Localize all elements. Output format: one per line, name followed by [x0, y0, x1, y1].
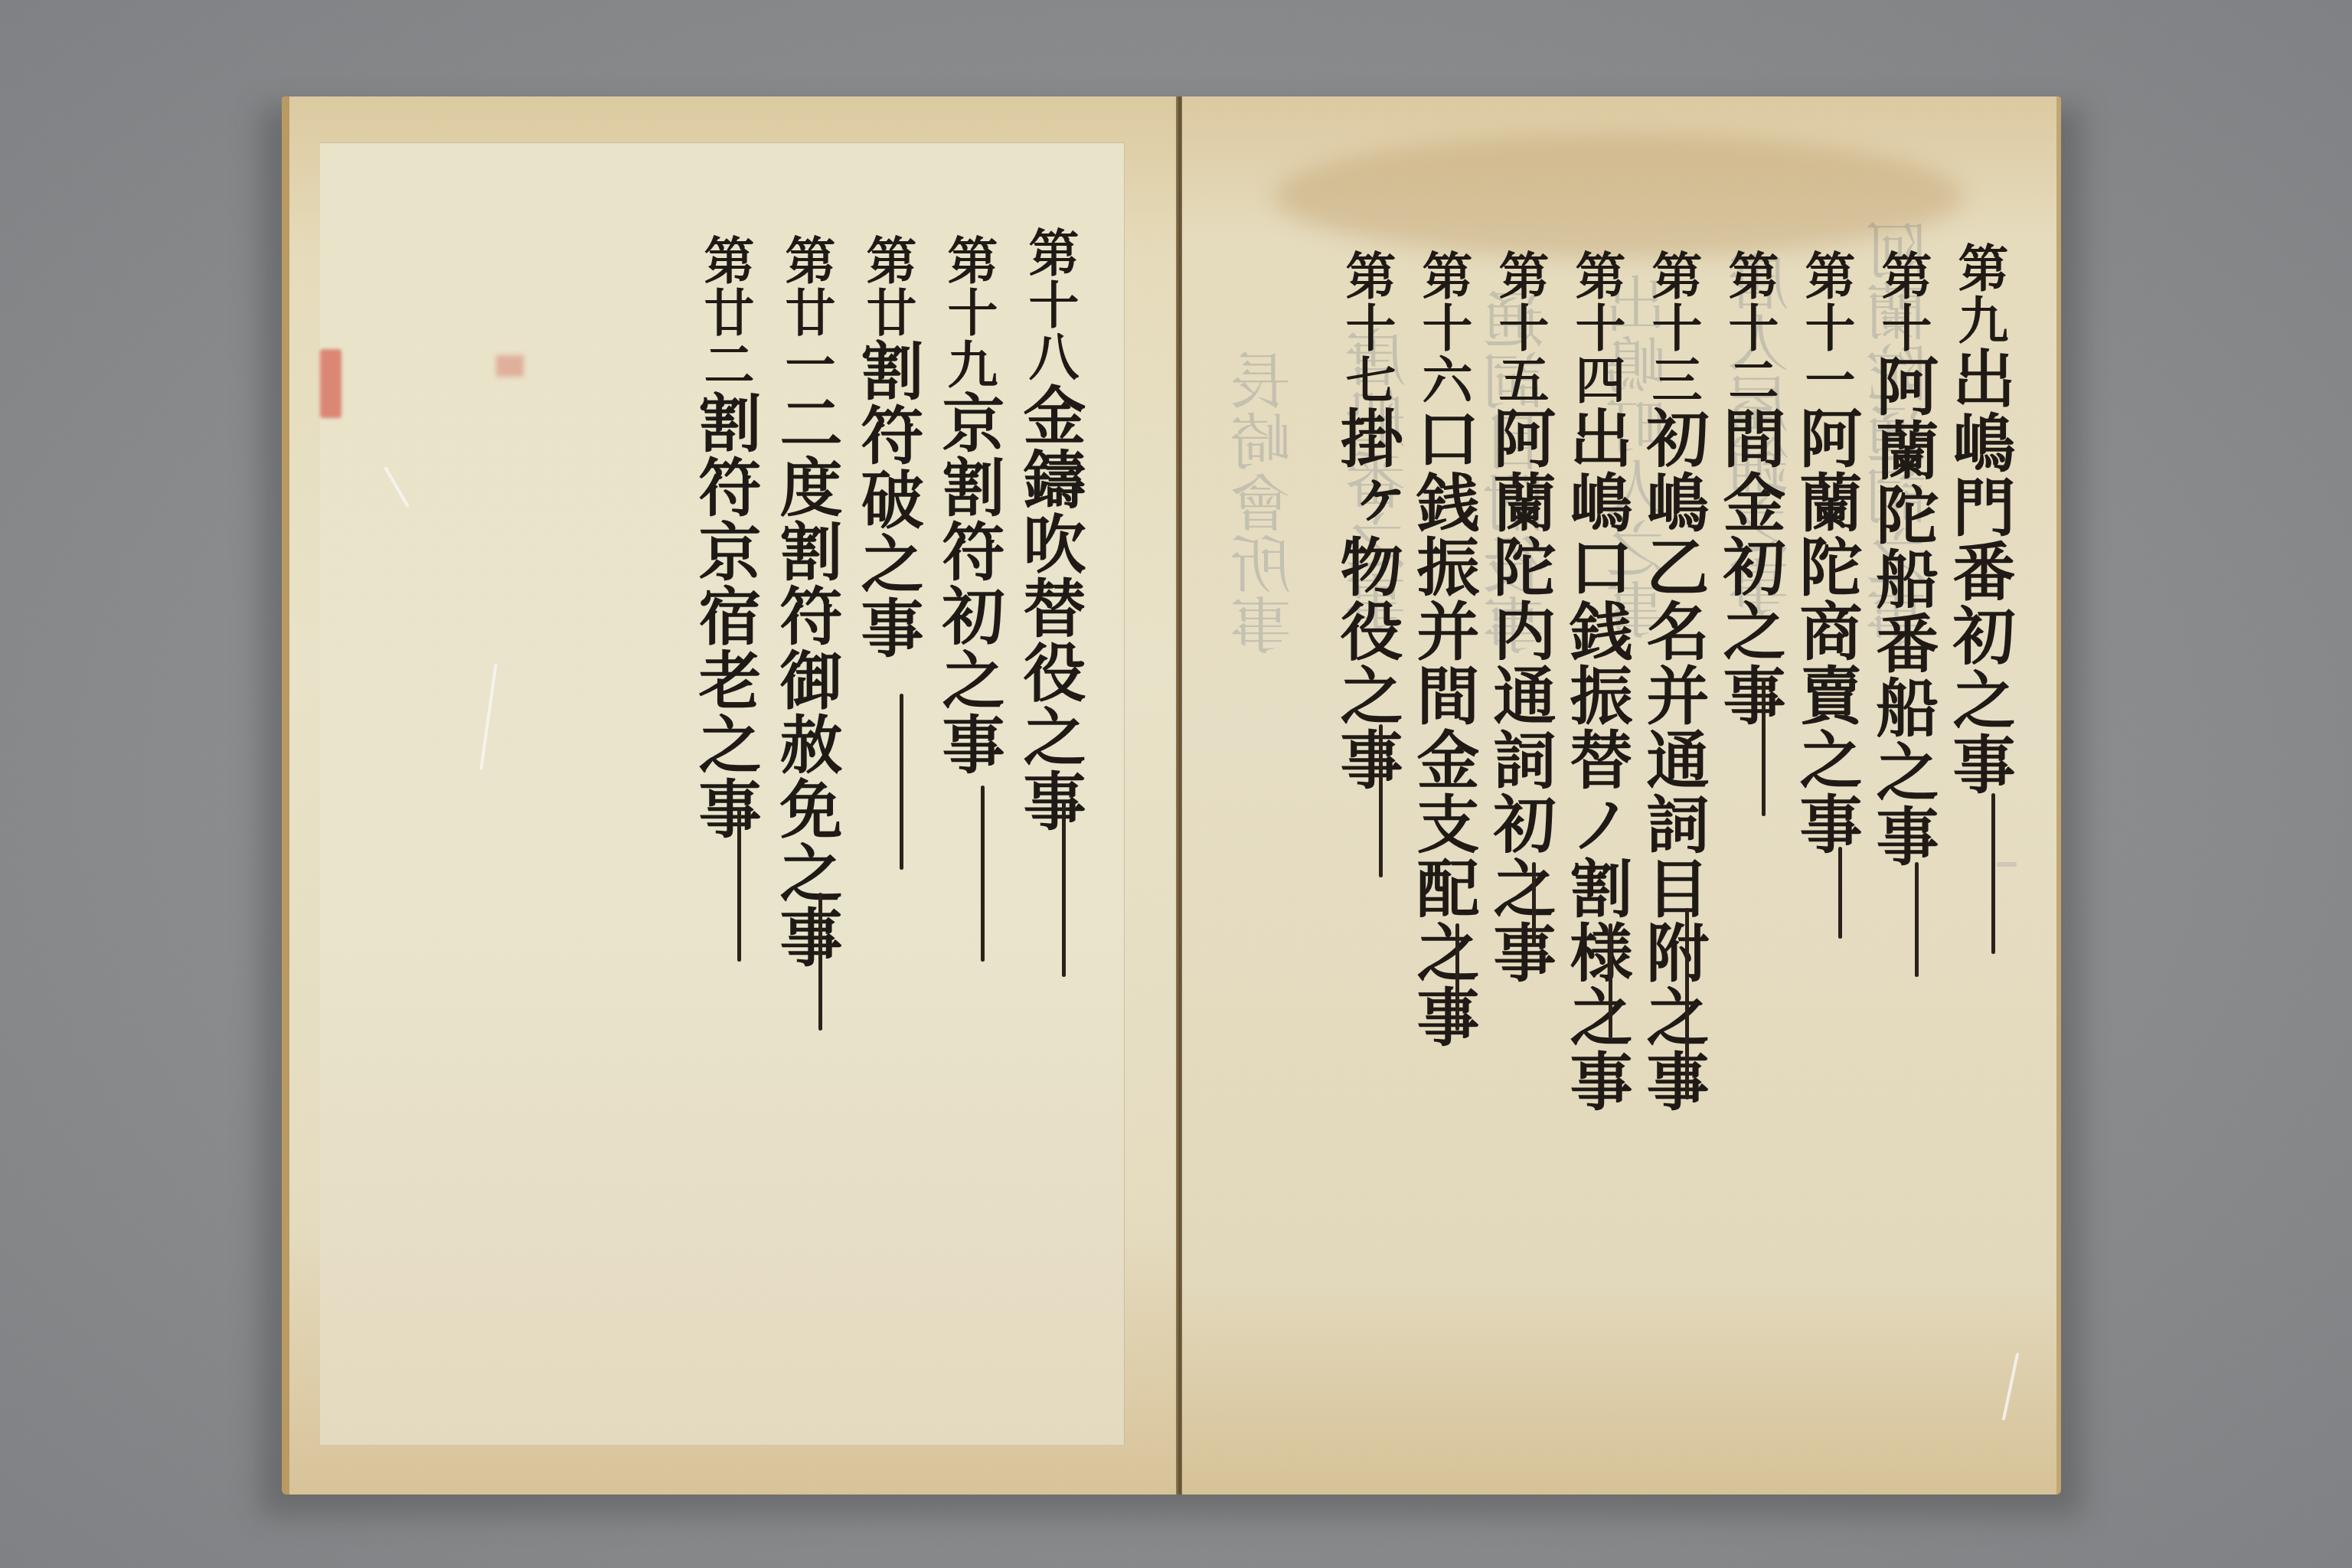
brush-tail	[737, 808, 741, 962]
right-column-8: 第十六口銭振并間金支配之事	[1412, 250, 1475, 1049]
left-column-1: 第十八金鑄吹替役之事	[1018, 227, 1081, 833]
brush-tail	[1762, 678, 1766, 816]
right-column-5: 第十三初嶋乙名并通詞目附之事	[1641, 250, 1704, 1113]
left-column-3: 第廿割符破之事	[856, 234, 919, 660]
brush-tail	[1838, 847, 1842, 939]
brush-tail	[1915, 862, 1919, 977]
paper-tear	[2002, 1353, 2020, 1421]
right-column-9: 第十七掛ヶ物役之事	[1335, 250, 1398, 792]
right-column-7: 第十五阿蘭陀内通詞初之事	[1488, 250, 1551, 985]
brush-tail	[1685, 908, 1689, 1099]
red-seal-mark	[320, 349, 341, 418]
brush-tail	[1379, 724, 1383, 877]
brush-tail	[900, 694, 903, 870]
right-column-3: 第十一阿蘭陀商賣之事	[1795, 250, 1857, 856]
right-column-4: 第十二間金初之事	[1718, 250, 1781, 727]
right-column-2: 第十阿蘭陀船番船之事	[1871, 250, 1934, 868]
red-seal-mark-faint	[496, 355, 524, 377]
right-column-1: 第九出嶋門番初之事	[1948, 242, 2011, 796]
water-stain	[1274, 135, 1963, 257]
left-page: 第十八金鑄吹替役之事 第十九京割符初之事 第廿割符破之事 第廿一二度割符御赦免之…	[282, 96, 1178, 1494]
brush-tail	[981, 786, 985, 962]
brush-tail	[1991, 793, 1995, 954]
right-column-6: 第十四出嶋口銭振替ノ割様之事	[1565, 250, 1628, 1113]
brush-tail	[1062, 801, 1066, 977]
brush-tail	[1455, 923, 1459, 1031]
binding-thread	[1997, 862, 2017, 867]
left-column-4: 第廿一二度割符御赦免之事	[775, 234, 838, 969]
open-book: 第十八金鑄吹替役之事 第十九京割符初之事 第廿割符破之事 第廿一二度割符御赦免之…	[282, 96, 2061, 1494]
left-column-5: 第廿二割符京宿老之事	[694, 234, 756, 841]
brush-tail	[1532, 862, 1536, 946]
right-page: 阿蘭陀通詞之事 唐人屋鋪之事 出嶋町人之事 通詞目附役事 唐船番之事 長崎會所事…	[1182, 96, 2061, 1494]
brush-tail	[818, 893, 822, 1031]
brush-tail	[1609, 923, 1612, 1038]
left-column-2: 第十九京割符初之事	[937, 234, 1000, 776]
bleed-through-text: 長崎會所事	[1236, 349, 1297, 655]
